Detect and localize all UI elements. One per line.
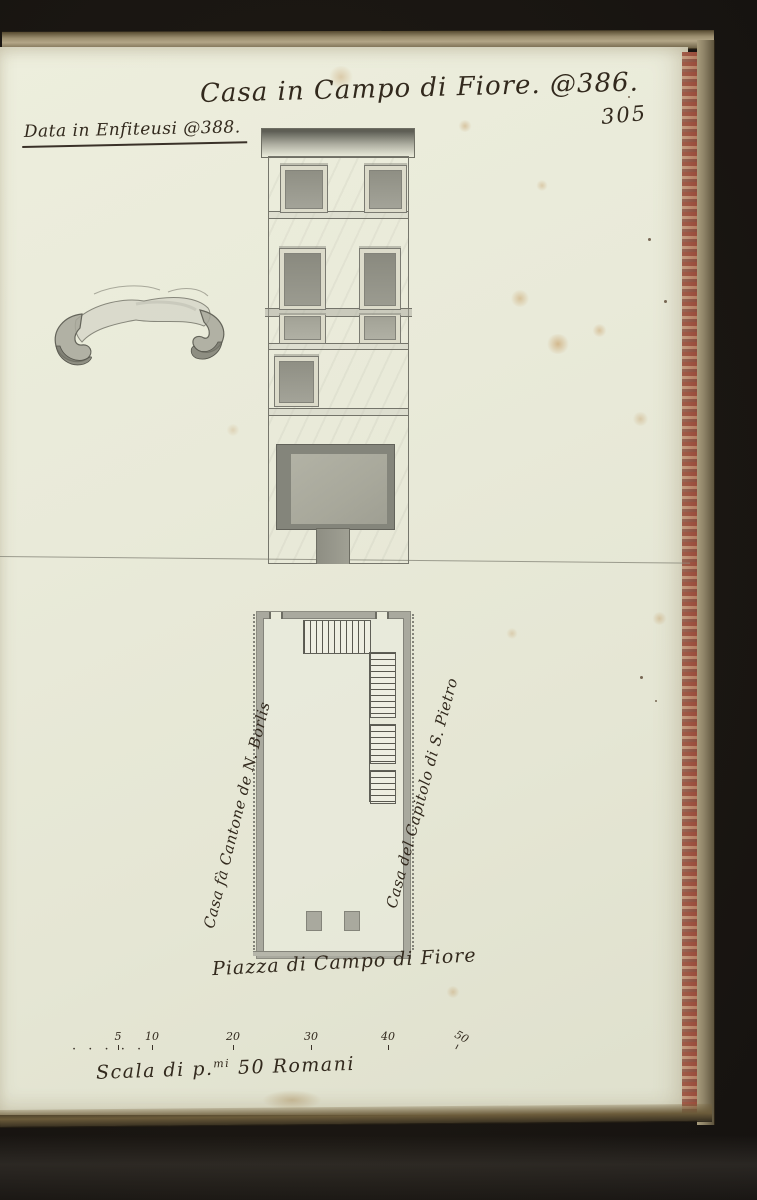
scale-tick: 30 — [298, 1030, 324, 1050]
window-top-left — [280, 165, 328, 213]
staircase-upper-flight — [303, 620, 371, 654]
wall-notch-right — [375, 612, 389, 619]
mezzanine-window-right — [359, 315, 401, 344]
door-pier — [316, 528, 350, 564]
book-cover-edge — [697, 40, 715, 1125]
window-pane — [364, 316, 396, 340]
book-fore-edge-red — [682, 52, 697, 1114]
scale-tick: 5 — [105, 1030, 131, 1050]
floor-band — [269, 408, 408, 416]
scale-tick: 10 — [139, 1030, 165, 1050]
facade-wall — [268, 156, 409, 564]
shop-opening — [276, 444, 395, 530]
window-pane — [285, 170, 323, 209]
window-pane — [279, 361, 314, 403]
window-pane — [364, 253, 396, 306]
window-pane — [284, 253, 321, 306]
wall-notch-left — [269, 612, 283, 619]
string-course — [269, 343, 408, 350]
staircase-side-flight — [369, 652, 394, 802]
party-wall-dotted-right — [412, 614, 414, 950]
enfiteusi-note: Data in Enfiteusi @388. — [22, 117, 247, 148]
stair-run — [370, 770, 396, 804]
ink-speck — [655, 700, 657, 702]
window-pane — [284, 316, 321, 340]
window-pane — [369, 170, 402, 209]
page-number: 305 — [600, 101, 648, 129]
ink-speck — [640, 676, 643, 679]
ink-speck — [664, 300, 667, 303]
facade-elevation — [264, 128, 412, 564]
scale-tick: 20 — [220, 1030, 246, 1050]
stair-run — [370, 724, 396, 764]
shop-opening-inner — [291, 454, 387, 524]
background-glow — [0, 1135, 757, 1200]
mezzanine-window-left — [279, 315, 326, 344]
facade-pier-plan — [306, 911, 322, 931]
scale-tick: 40 — [375, 1030, 401, 1050]
window-lower-left — [274, 356, 319, 407]
ink-speck — [648, 238, 651, 241]
ribbon-flourish-sketch — [36, 268, 236, 373]
window-mid-left — [279, 248, 326, 310]
scale-tick: 50 — [444, 1025, 476, 1055]
facade-pier-plan — [344, 911, 360, 931]
cornice — [261, 128, 415, 158]
stair-run — [370, 652, 396, 718]
window-top-right — [364, 165, 407, 213]
scanned-book-photo: Casa in Campo di Fiore. @386. 305 Data i… — [0, 0, 757, 1200]
window-mid-right — [359, 248, 401, 310]
